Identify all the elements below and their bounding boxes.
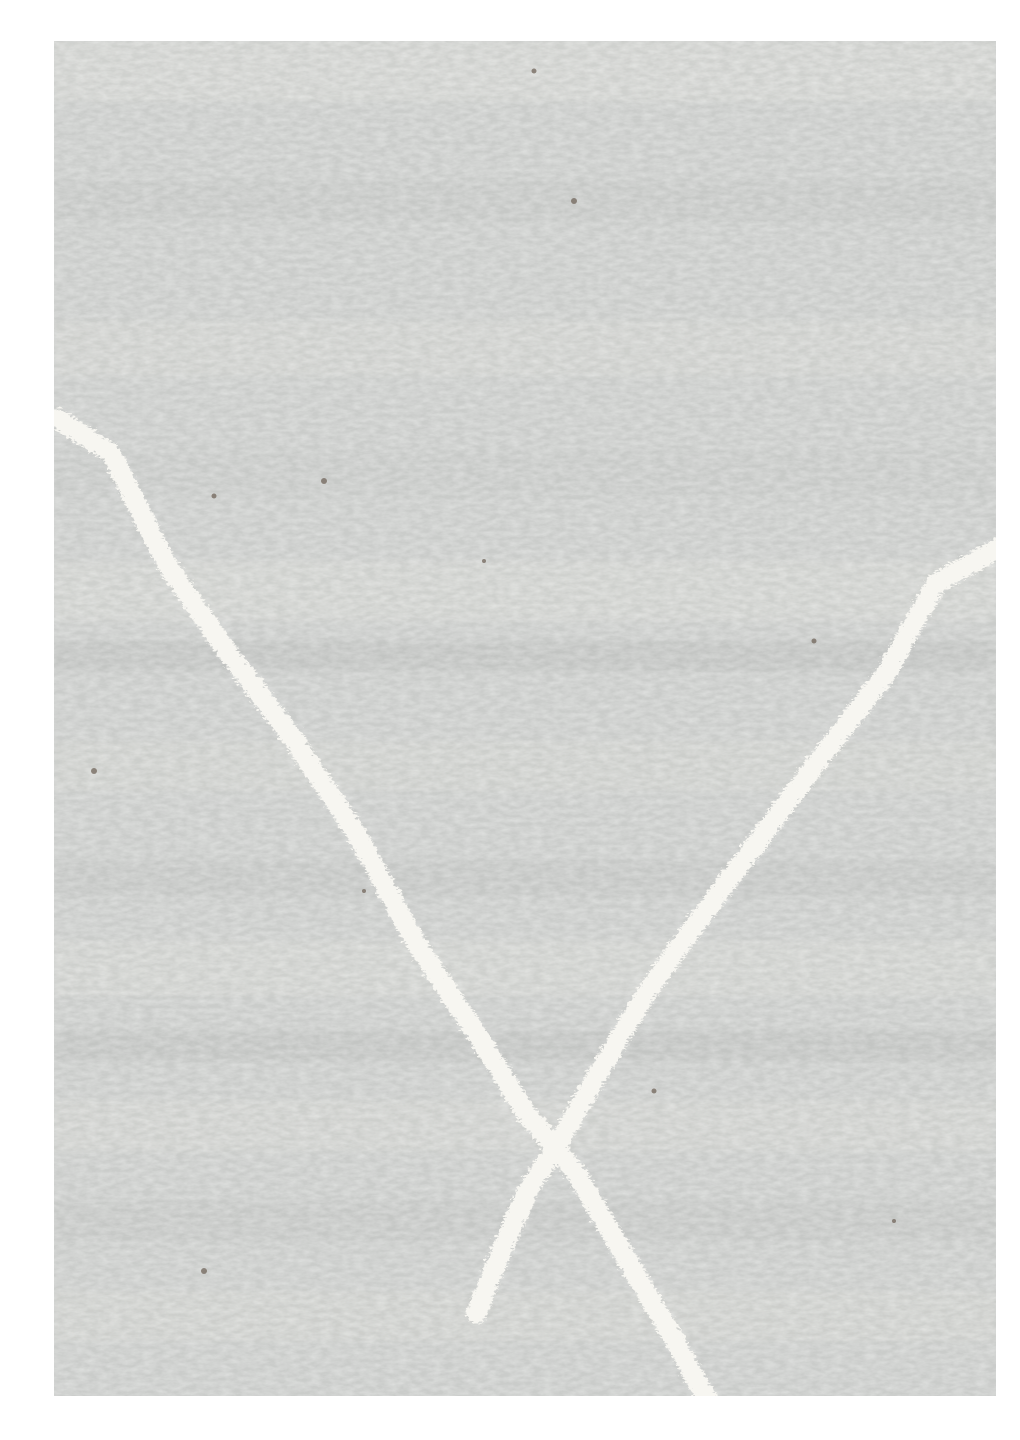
rug-texture: [54, 41, 996, 1396]
rug-swatch: [54, 41, 996, 1396]
